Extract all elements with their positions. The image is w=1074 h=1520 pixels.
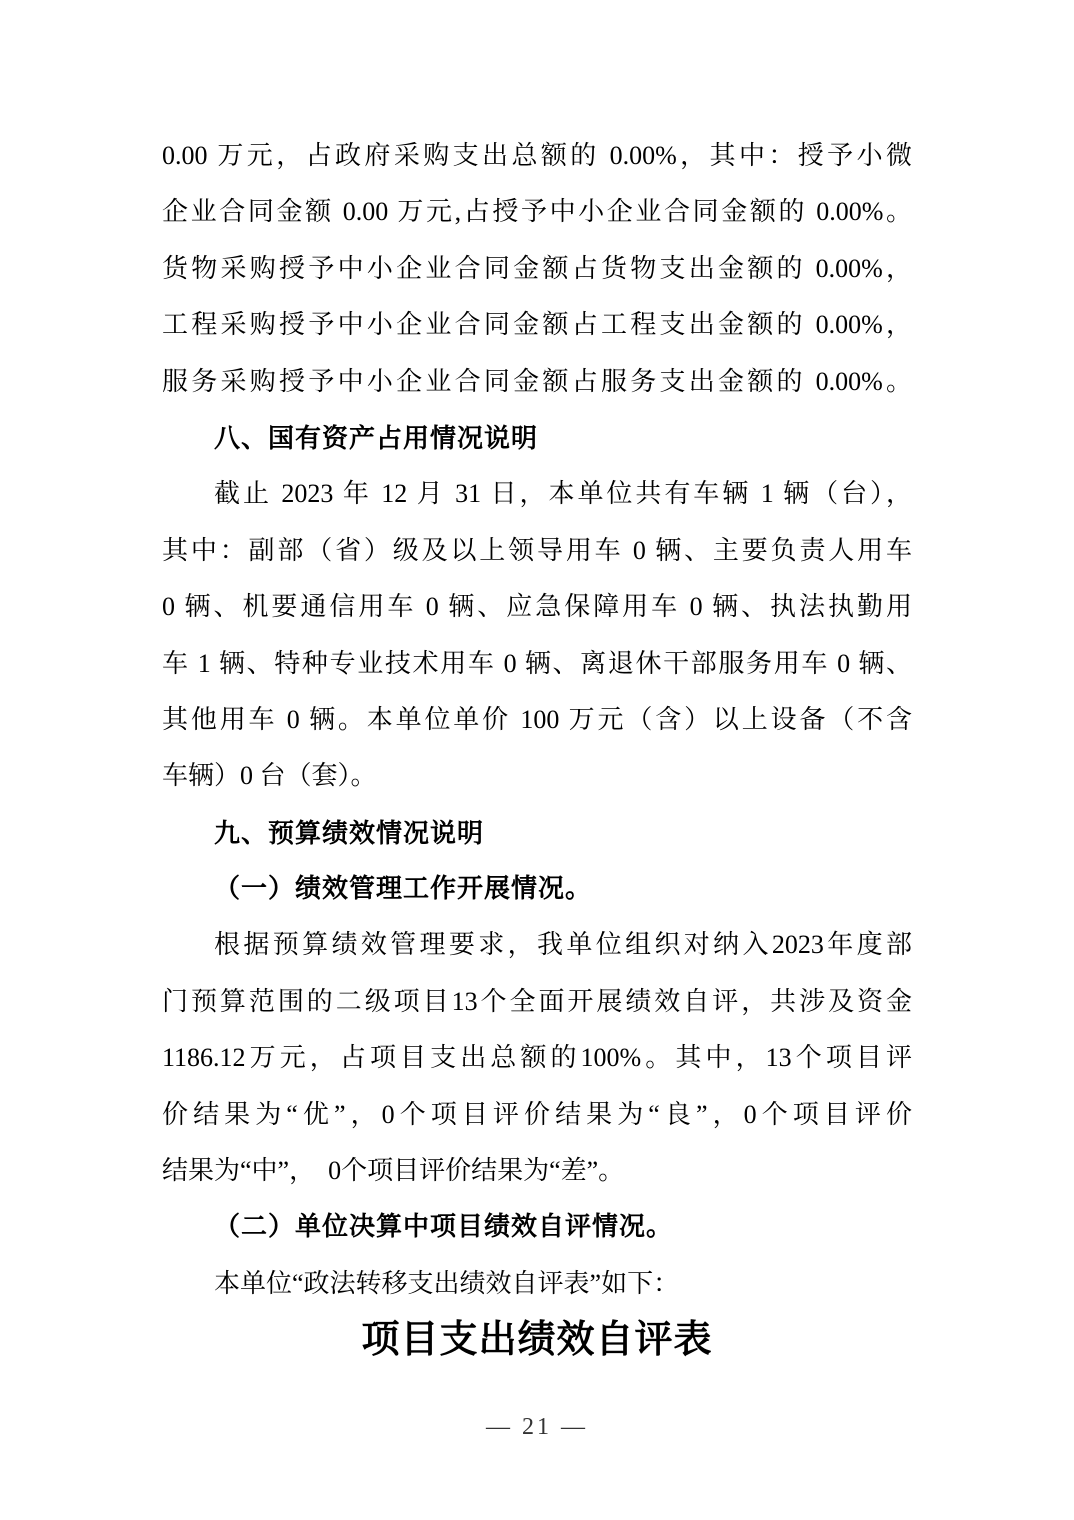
body-line: 服务采购授予中小企业合同金额占服务支出金额的 0.00%。 bbox=[162, 354, 912, 410]
body-line: 根据预算绩效管理要求，我单位组织对纳入2023年度部 bbox=[162, 917, 912, 973]
body-line: 价结果为“优”，0个项目评价结果为“良”，0个项目评价 bbox=[162, 1087, 912, 1143]
body-line: 0.00 万元，占政府采购支出总额的 0.00%，其中：授予小微 bbox=[162, 128, 912, 184]
body-line: 1186.12万元，占项目支出总额的100%。其中，13个项目评 bbox=[162, 1030, 912, 1086]
body-line: 车 1 辆、特种专业技术用车 0 辆、离退休干部服务用车 0 辆、 bbox=[162, 636, 912, 692]
body-line: 车辆）0 台（套）。 bbox=[162, 748, 912, 804]
body-line: 截止 2023 年 12 月 31 日，本单位共有车辆 1 辆（台）， bbox=[162, 466, 912, 522]
body-line: 其他用车 0 辆。本单位单价 100 万元（含）以上设备（不含 bbox=[162, 692, 912, 748]
page-number: — 21 — bbox=[162, 1413, 912, 1441]
document-lines: 0.00 万元，占政府采购支出总额的 0.00%，其中：授予小微企业合同金额 0… bbox=[162, 128, 912, 1312]
subsection-heading: （一）绩效管理工作开展情况。 bbox=[162, 861, 912, 917]
body-line: 企业合同金额 0.00 万元,占授予中小企业合同金额的 0.00%。 bbox=[162, 184, 912, 240]
table-title: 项目支出绩效自评表 bbox=[162, 1312, 912, 1369]
subsection-heading: （二）单位决算中项目绩效自评情况。 bbox=[162, 1199, 912, 1255]
body-line: 0 辆、机要通信用车 0 辆、应急保障用车 0 辆、执法执勤用 bbox=[162, 579, 912, 635]
document-page: 0.00 万元，占政府采购支出总额的 0.00%，其中：授予小微企业合同金额 0… bbox=[0, 0, 1074, 1520]
section-heading: 九、预算绩效情况说明 bbox=[162, 805, 912, 861]
body-line: 其中：副部（省）级及以上领导用车 0 辆、主要负责人用车 bbox=[162, 523, 912, 579]
section-heading: 八、国有资产占用情况说明 bbox=[162, 410, 912, 466]
body-line: 本单位“政法转移支出绩效自评表”如下： bbox=[162, 1256, 912, 1312]
body-line: 门预算范围的二级项目13个全面开展绩效自评，共涉及资金 bbox=[162, 974, 912, 1030]
body-line: 结果为“中”， 0个项目评价结果为“差”。 bbox=[162, 1143, 912, 1199]
body-line: 工程采购授予中小企业合同金额占工程支出金额的 0.00%， bbox=[162, 297, 912, 353]
document-body: 0.00 万元，占政府采购支出总额的 0.00%，其中：授予小微企业合同金额 0… bbox=[162, 128, 912, 1441]
body-line: 货物采购授予中小企业合同金额占货物支出金额的 0.00%， bbox=[162, 241, 912, 297]
